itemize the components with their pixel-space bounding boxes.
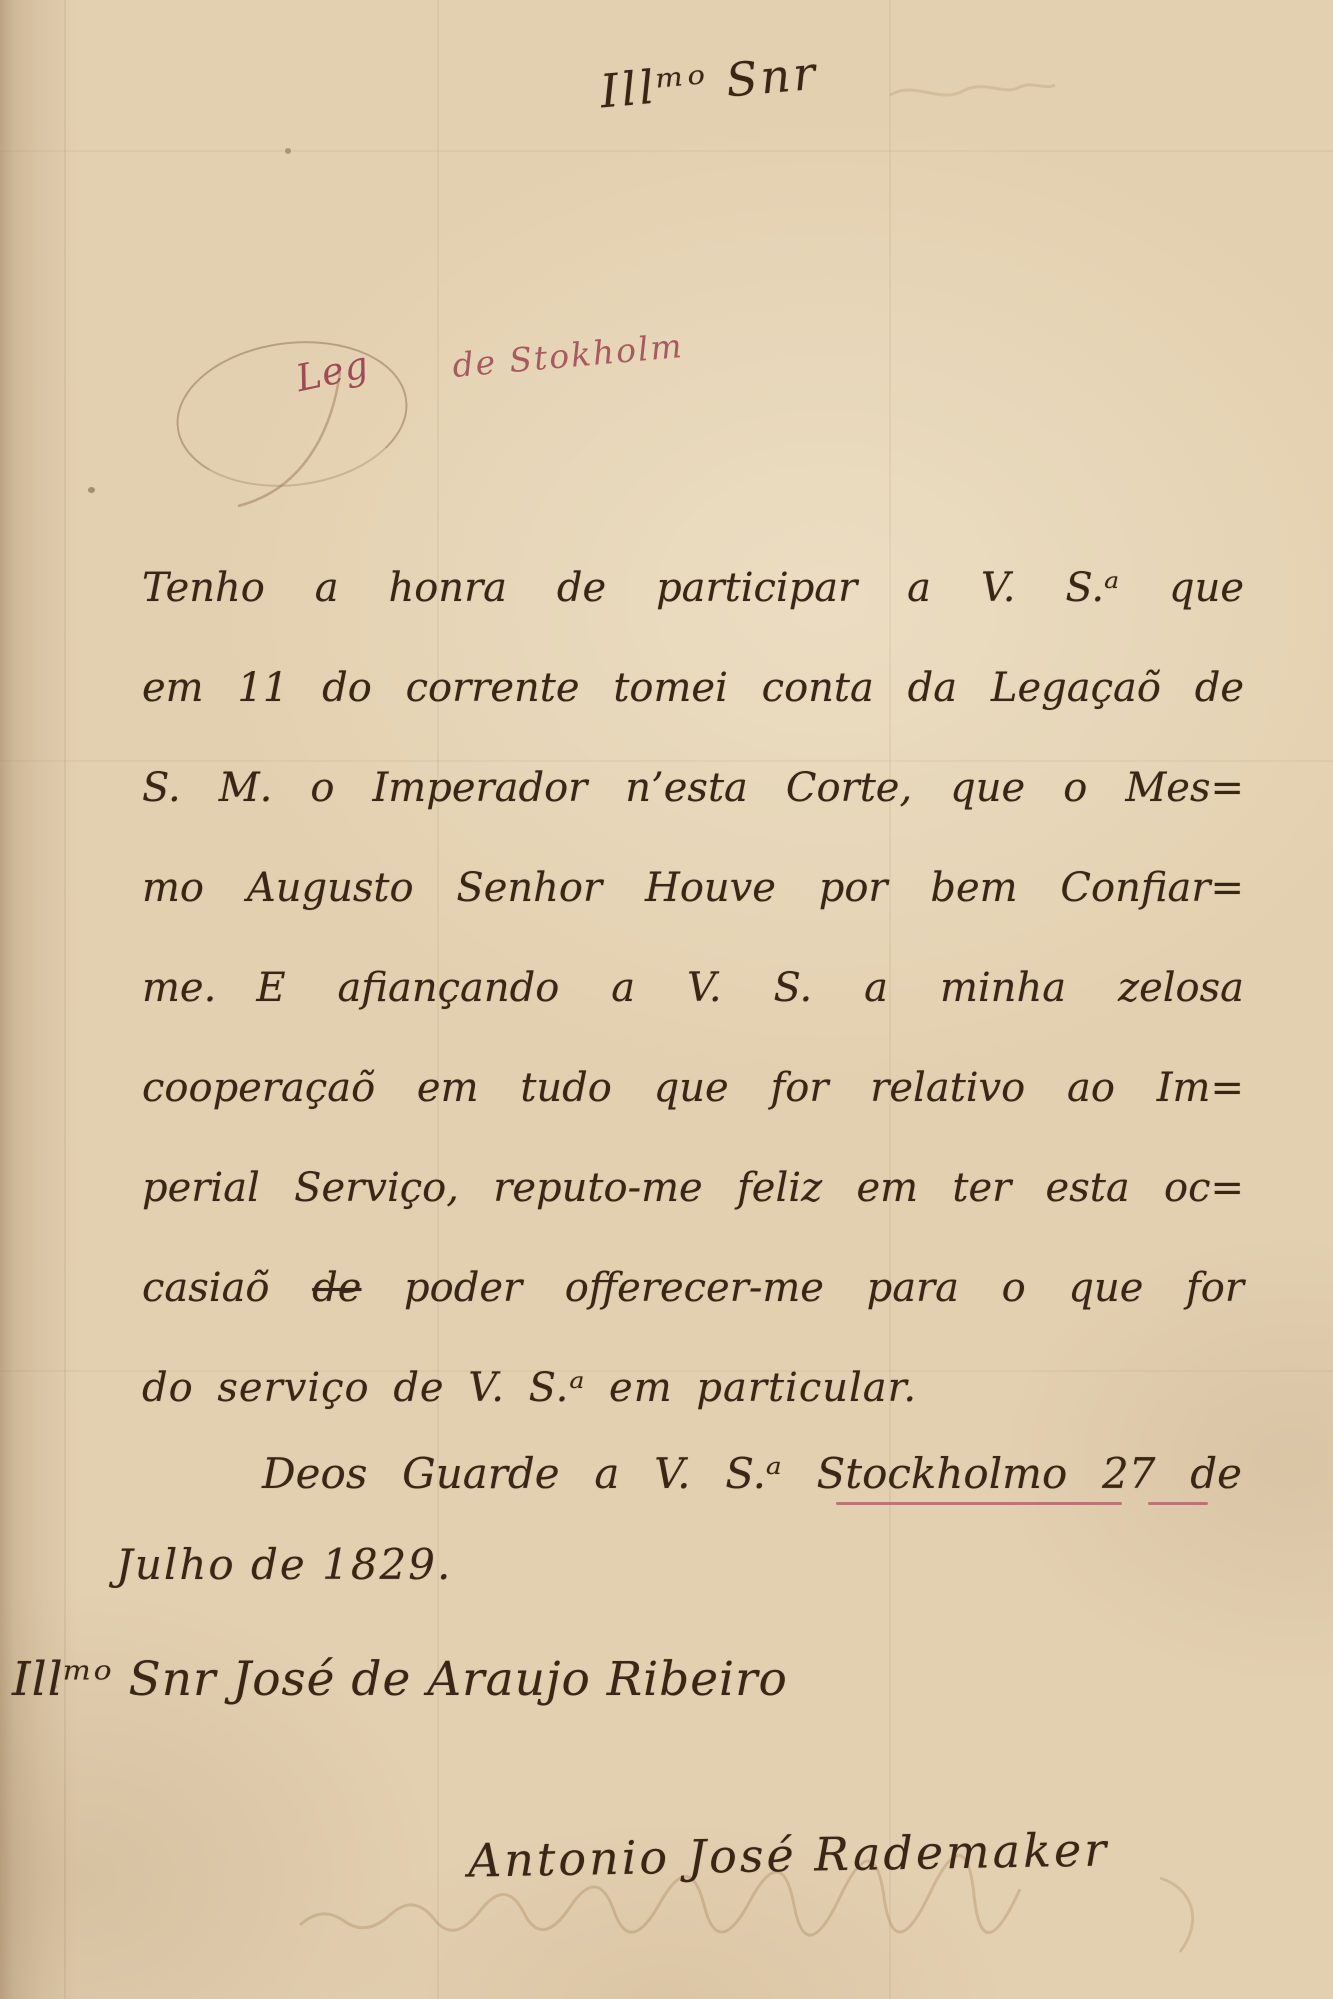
ink-speck — [285, 148, 291, 154]
body-line: Tenho a honra de participar a V. S.ᵃ que — [142, 538, 1244, 638]
body-line: do serviço de V. S.ᵃ em particular. — [142, 1338, 1244, 1438]
salutation: Illᵐᵒ Snr — [598, 46, 820, 119]
fold-line-horizontal — [0, 150, 1333, 152]
body-line-with-strikethrough: casiaõ de poder offerecer-me para o que … — [142, 1238, 1244, 1338]
signature: Antonio José Rademaker — [468, 1822, 1110, 1887]
ink-speck — [88, 487, 95, 493]
body-line-text: poder offerecer-me para o que for — [361, 1265, 1244, 1311]
letter-page: Illᵐᵒ Snr Leg de Stokholm Tenho a honra … — [0, 0, 1333, 1999]
body-line-text: casiaõ — [142, 1265, 312, 1311]
pencil-circle — [168, 328, 416, 499]
valediction: Deos Guarde a V. S.ᵃ Stockholmo 27 de — [262, 1424, 1242, 1524]
body-line: S. M. o Imperador n’esta Corte, que o Me… — [142, 738, 1244, 838]
body-line: perial Serviço, reputo-me feliz em ter e… — [142, 1138, 1244, 1238]
letter-body: Tenho a honra de participar a V. S.ᵃ que… — [142, 538, 1244, 1438]
body-line: me. E afiançando a V. S. a minha zelosa — [142, 938, 1244, 1038]
red-underline — [836, 1502, 1122, 1505]
red-underline-dash — [1148, 1502, 1208, 1505]
body-line: mo Augusto Senhor Houve por bem Confiar= — [142, 838, 1244, 938]
body-line: em 11 do corrente tomei conta da Legaçaõ… — [142, 638, 1244, 738]
annotation-note: de Stokholm — [451, 326, 685, 385]
ghost-writing-mark — [890, 85, 1055, 95]
pencil-curl-mark — [1160, 1878, 1193, 1952]
addressee: Illᵐᵒ Snr José de Araujo Ribeiro — [12, 1652, 788, 1707]
strikethrough-word: de — [312, 1265, 361, 1311]
date-line: Julho de 1829. — [116, 1540, 452, 1589]
body-line: cooperaçaõ em tudo que for relativo ao I… — [142, 1038, 1244, 1138]
